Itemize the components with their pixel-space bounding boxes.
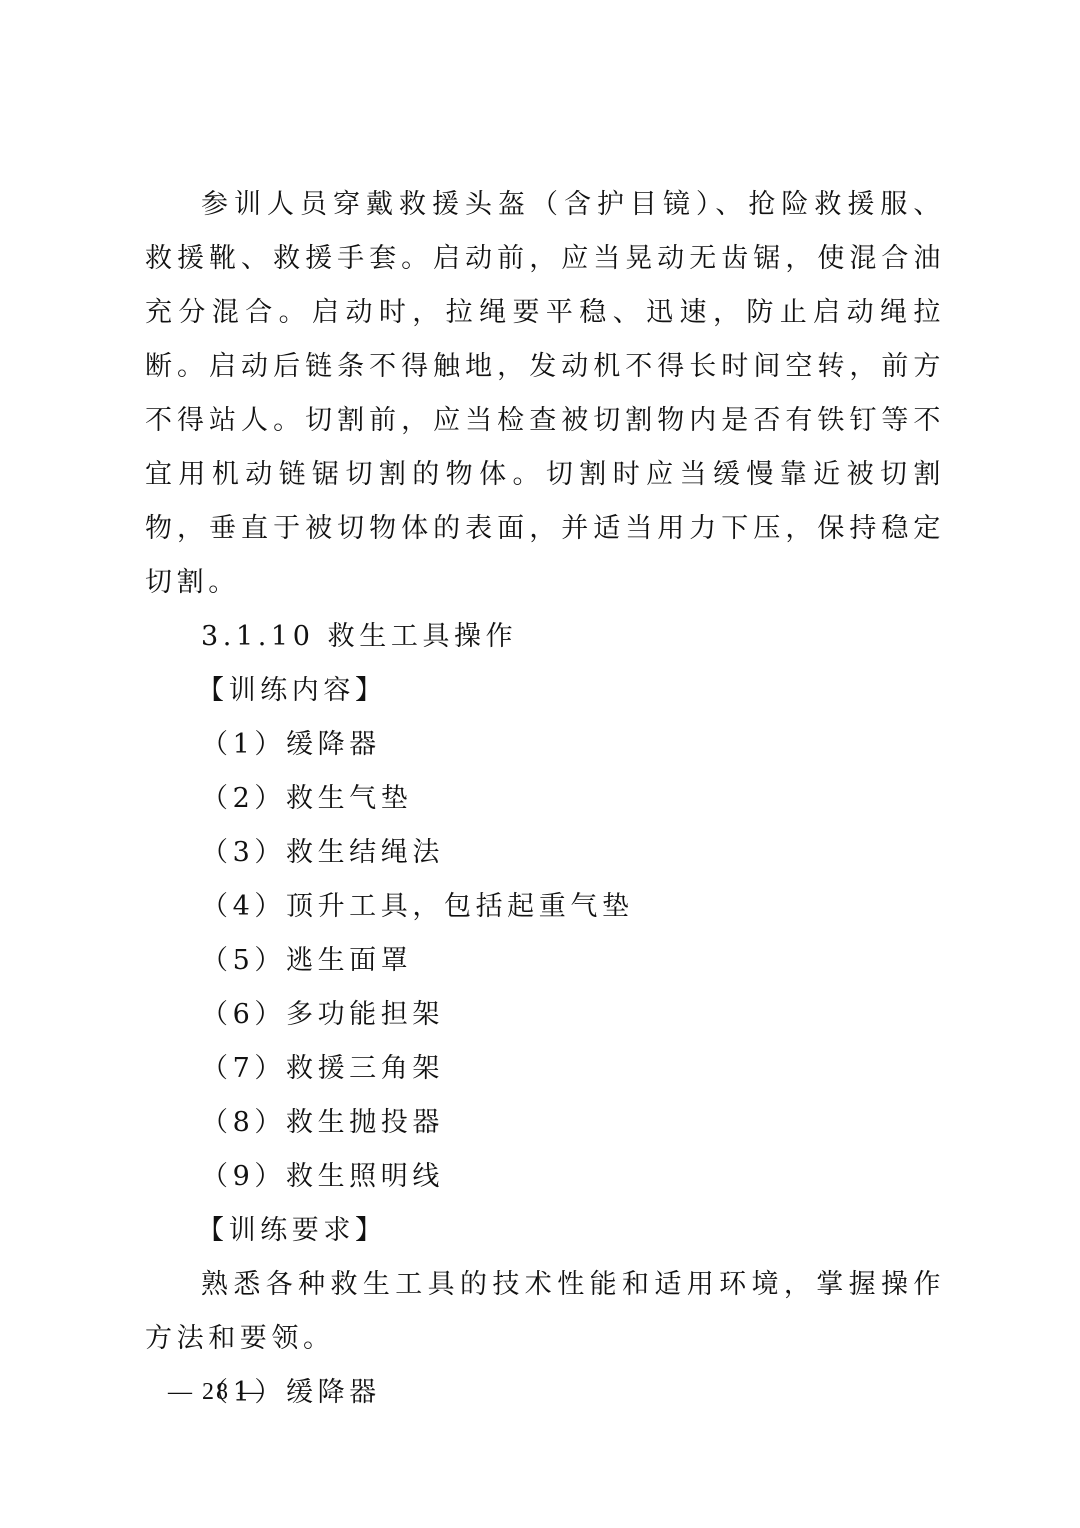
list-item: （3）救生结绳法 [145, 826, 945, 880]
page-number: — 28 — [168, 1372, 264, 1412]
list-item: （9）救生照明线 [145, 1150, 945, 1204]
requirements-paragraph: 熟悉各种救生工具的技术性能和适用环境，掌握操作方法和要领。 [145, 1258, 945, 1366]
document-page: 参训人员穿戴救援头盔（含护目镜）、抢险救援服、救援靴、救援手套。启动前，应当晃动… [145, 178, 945, 1420]
section-title: 3.1.10 救生工具操作 [145, 610, 945, 664]
list-item: （6）多功能担架 [145, 988, 945, 1042]
subsection-item: （1）缓降器 [145, 1366, 945, 1420]
body-paragraph-operation-safety: 参训人员穿戴救援头盔（含护目镜）、抢险救援服、救援靴、救援手套。启动前，应当晃动… [145, 178, 945, 610]
list-item: （1）缓降器 [145, 718, 945, 772]
training-requirements-heading: 【训练要求】 [145, 1204, 945, 1258]
list-item: （8）救生抛投器 [145, 1096, 945, 1150]
list-item: （7）救援三角架 [145, 1042, 945, 1096]
list-item: （2）救生气垫 [145, 772, 945, 826]
training-content-list: （1）缓降器 （2）救生气垫 （3）救生结绳法 （4）顶升工具，包括起重气垫 （… [145, 718, 945, 1204]
list-item: （4）顶升工具，包括起重气垫 [145, 880, 945, 934]
list-item: （5）逃生面罩 [145, 934, 945, 988]
training-content-heading: 【训练内容】 [145, 664, 945, 718]
